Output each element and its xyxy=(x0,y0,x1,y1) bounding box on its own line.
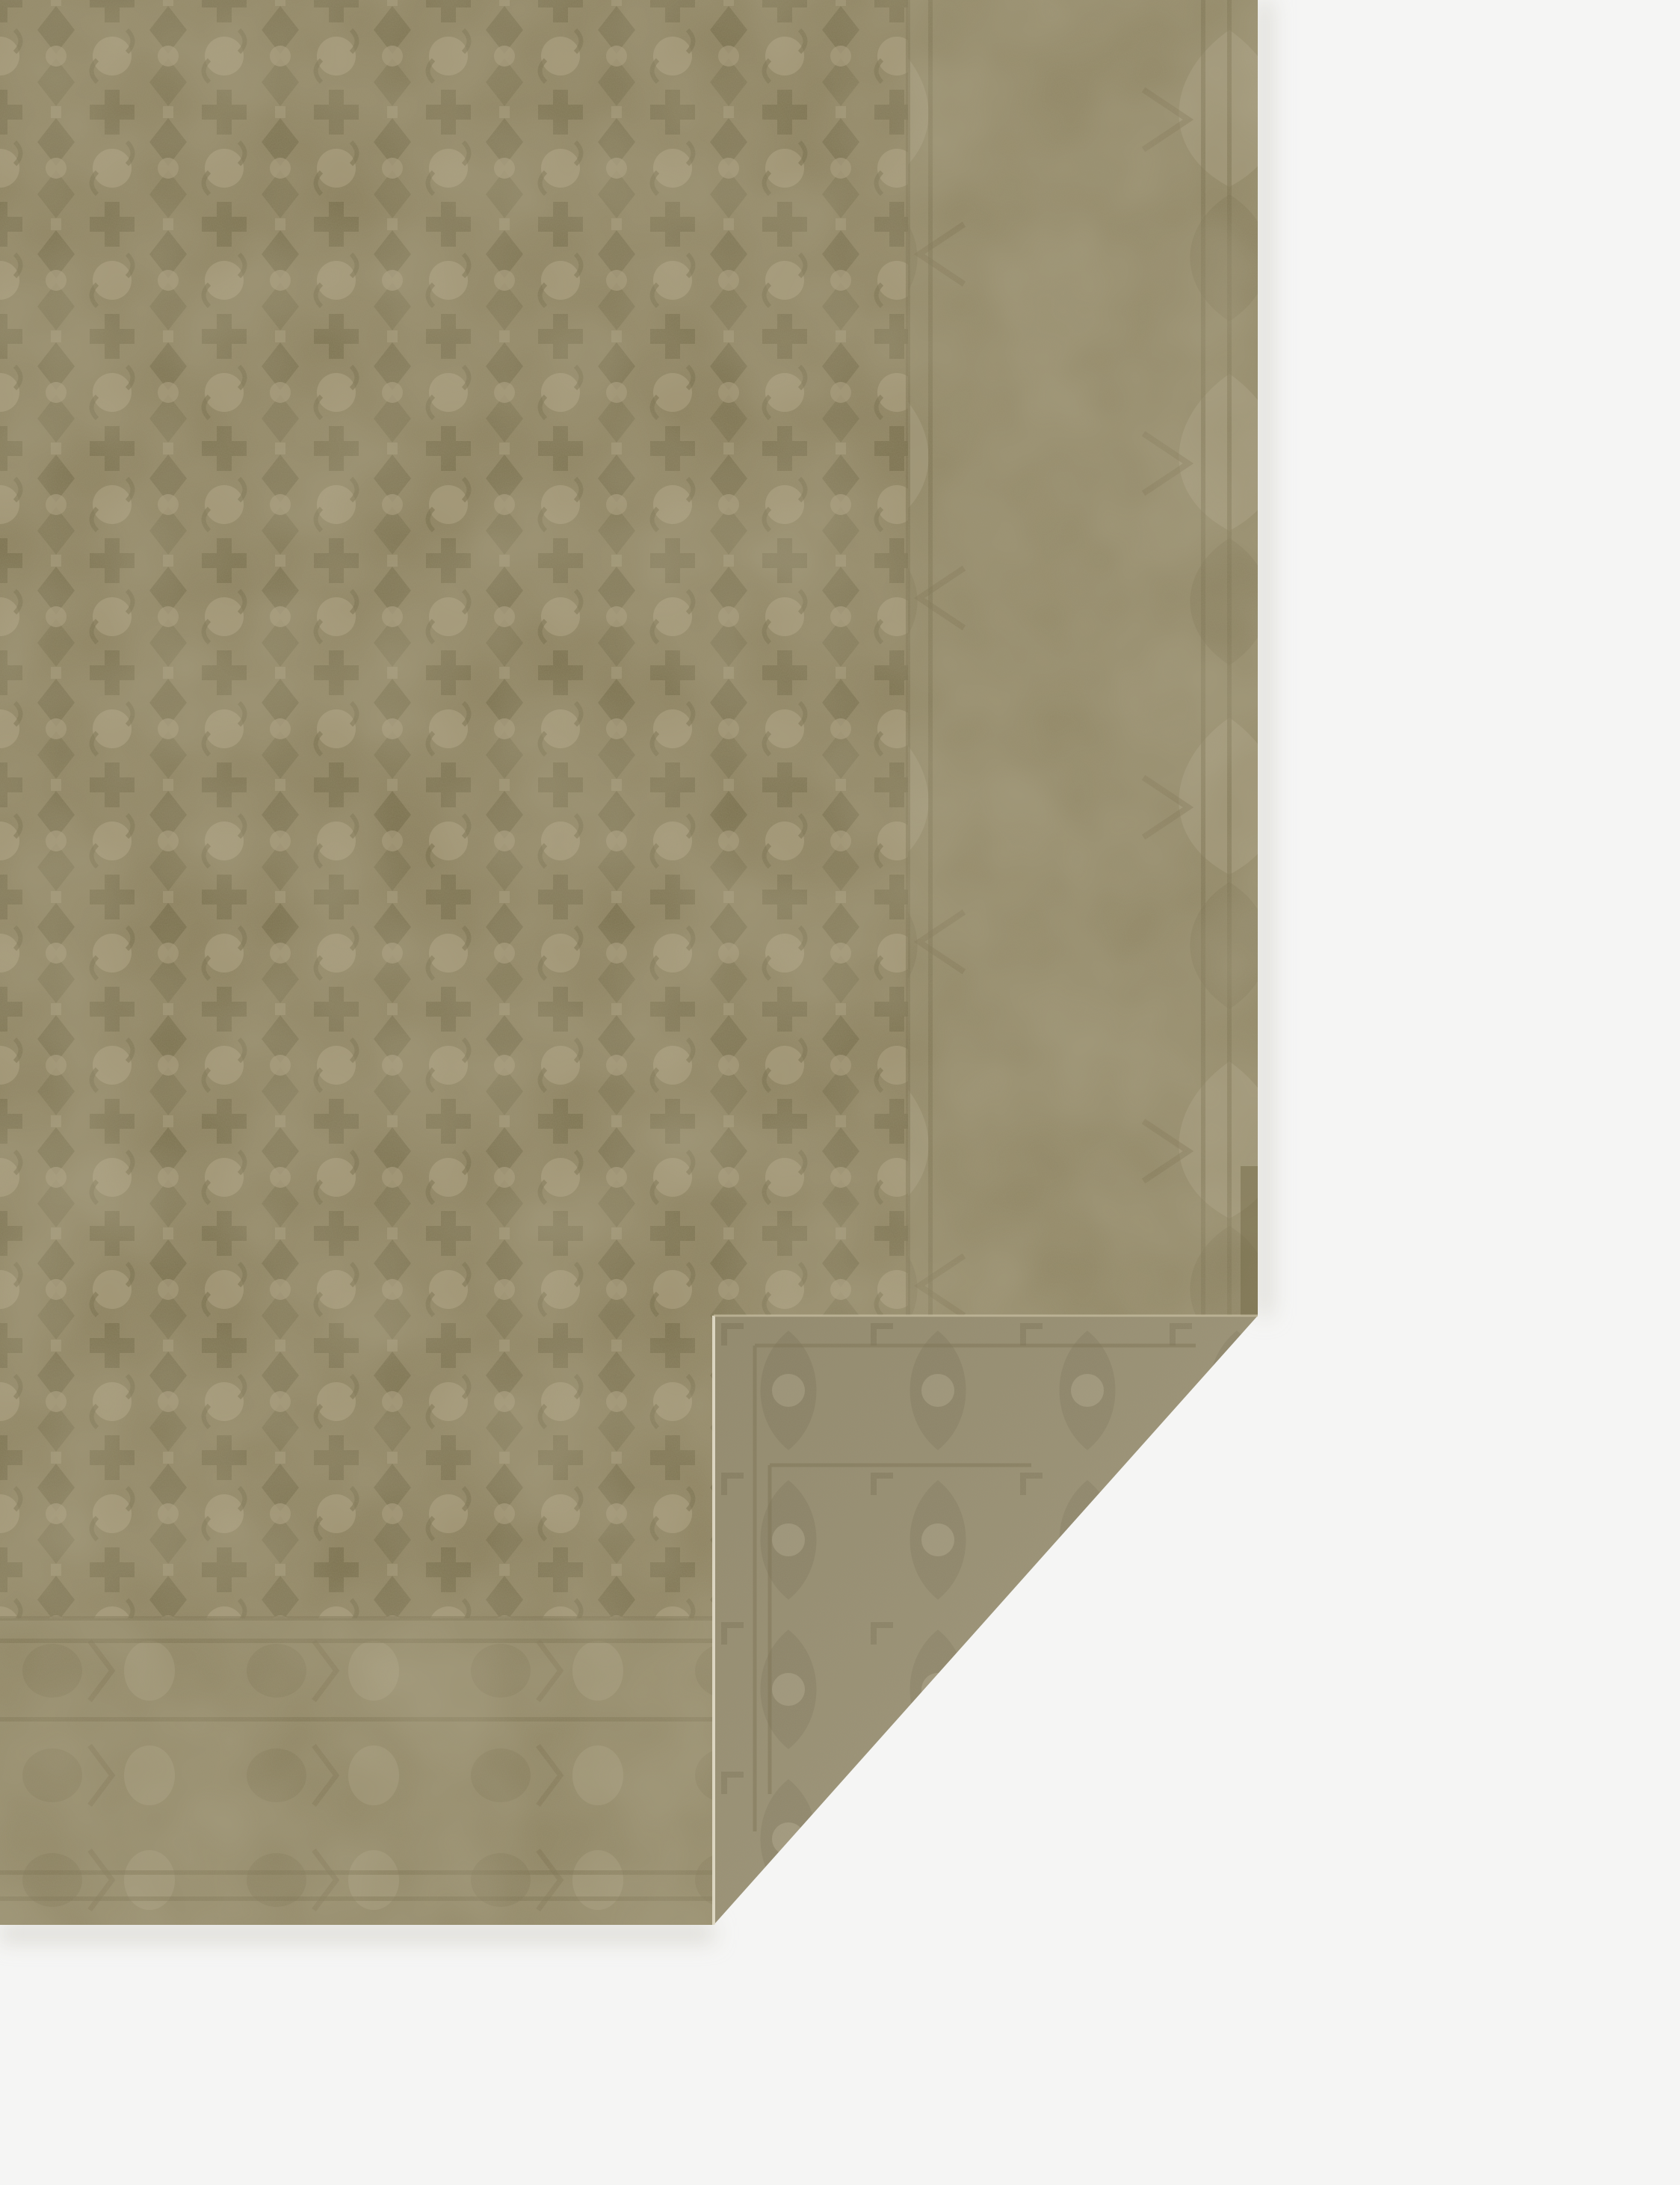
rug-illustration xyxy=(0,0,1680,2185)
product-photo xyxy=(0,0,1680,2185)
rug-body xyxy=(0,0,1258,1925)
rug-folded-corner xyxy=(714,1316,1258,1925)
